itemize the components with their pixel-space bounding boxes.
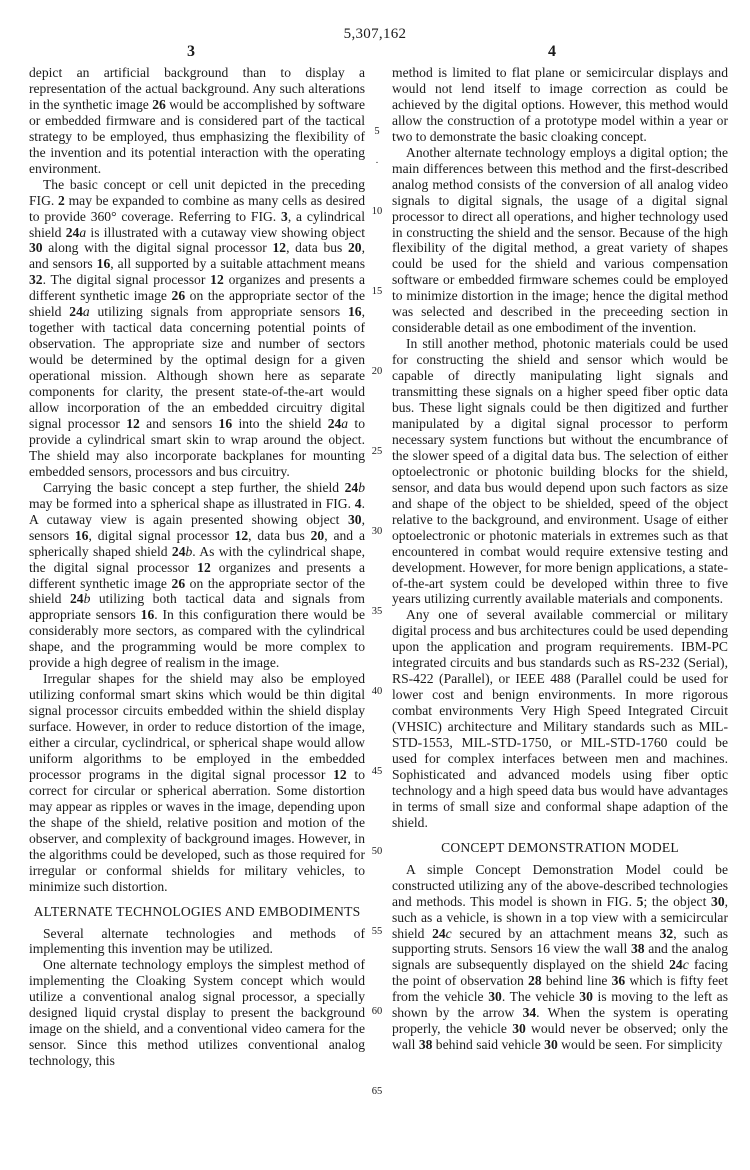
line-number: 5	[367, 126, 387, 137]
line-number: 35	[367, 606, 387, 617]
line-number: 10	[367, 206, 387, 217]
left-column-number: 3	[187, 43, 195, 61]
paragraph: In still another method, photonic materi…	[392, 336, 728, 607]
paragraph: The basic concept or cell unit depicted …	[29, 177, 365, 480]
right-column-number: 4	[548, 43, 556, 61]
line-number: 25	[367, 446, 387, 457]
line-number: 15	[367, 286, 387, 297]
line-number: 55	[367, 926, 387, 937]
paragraph: One alternate technology employs the sim…	[29, 957, 365, 1069]
left-column: depict an artificial background than to …	[29, 65, 365, 1069]
section-heading: ALTERNATE TECHNOLOGIES AND EMBODIMENTS	[29, 904, 365, 920]
patent-number: 5,307,162	[0, 26, 750, 43]
paragraph: Irregular shapes for the shield may also…	[29, 671, 365, 894]
line-number: 60	[367, 1006, 387, 1017]
paragraph: Several alternate technologies and metho…	[29, 926, 365, 958]
line-number: 45	[367, 766, 387, 777]
line-number: 20	[367, 366, 387, 377]
line-number: 40	[367, 686, 387, 697]
line-number: 30	[367, 526, 387, 537]
paragraph: Another alternate technology employs a d…	[392, 145, 728, 336]
paragraph: depict an artificial background than to …	[29, 65, 365, 177]
line-number: ·	[367, 158, 387, 169]
section-heading: CONCEPT DEMONSTRATION MODEL	[392, 840, 728, 856]
line-number: 65	[367, 1086, 387, 1097]
paragraph: A simple Concept Demonstration Model cou…	[392, 862, 728, 1053]
paragraph: method is limited to flat plane or semic…	[392, 65, 728, 145]
line-number: 50	[367, 846, 387, 857]
right-column: method is limited to flat plane or semic…	[392, 65, 728, 1053]
paragraph: Carrying the basic concept a step furthe…	[29, 480, 365, 671]
paragraph: Any one of several available commercial …	[392, 607, 728, 830]
